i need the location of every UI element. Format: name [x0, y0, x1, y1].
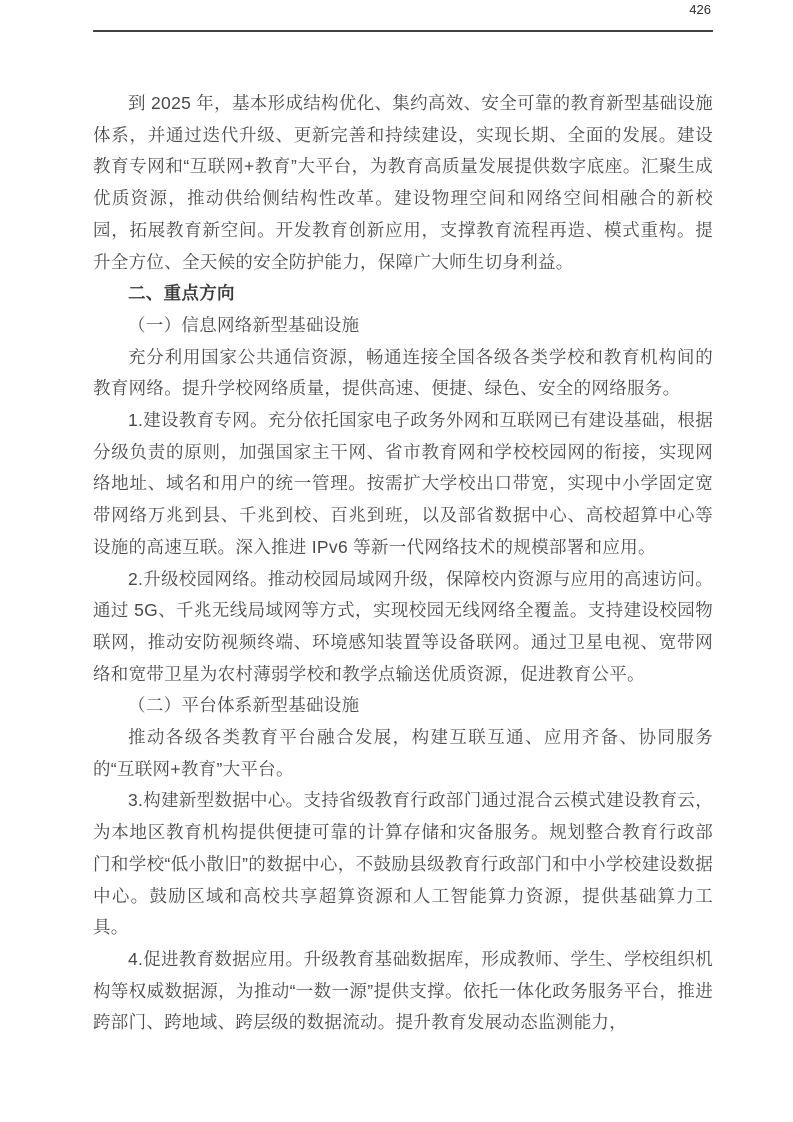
- body-paragraph-network-overview: 充分利用国家公共通信资源，畅通连接全国各级各类学校和教育机构间的教育网络。提升学…: [93, 342, 713, 405]
- document-body: 到 2025 年，基本形成结构优化、集约高效、安全可靠的教育新型基础设施体系，并…: [93, 88, 713, 1039]
- body-paragraph-platform-overview: 推动各级各类教育平台融合发展，构建互联互通、应用齐备、协同服务的“互联网+教育”…: [93, 722, 713, 785]
- page-header: 426: [93, 0, 713, 32]
- body-paragraph-4-data-application: 4.促进教育数据应用。升级教育基础数据库，形成教师、学生、学校组织机构等权威数据…: [93, 944, 713, 1039]
- section-heading-key-directions: 二、重点方向: [93, 278, 713, 310]
- page-number: 426: [93, 2, 713, 18]
- intro-paragraph: 到 2025 年，基本形成结构优化、集约高效、安全可靠的教育新型基础设施体系，并…: [93, 88, 713, 278]
- body-paragraph-2-campus-network: 2.升级校园网络。推动校园局域网升级，保障校内资源与应用的高速访问。通过 5G、…: [93, 564, 713, 691]
- subsection-heading-platform-system: （二）平台体系新型基础设施: [93, 690, 713, 722]
- document-page: 426 到 2025 年，基本形成结构优化、集约高效、安全可靠的教育新型基础设施…: [0, 0, 793, 1122]
- header-divider: [93, 30, 713, 32]
- subsection-heading-information-network: （一）信息网络新型基础设施: [93, 310, 713, 342]
- body-paragraph-1-education-network: 1.建设教育专网。充分依托国家电子政务外网和互联网已有建设基础，根据分级负责的原…: [93, 405, 713, 564]
- body-paragraph-3-data-center: 3.构建新型数据中心。支持省级教育行政部门通过混合云模式建设教育云，为本地区教育…: [93, 785, 713, 944]
